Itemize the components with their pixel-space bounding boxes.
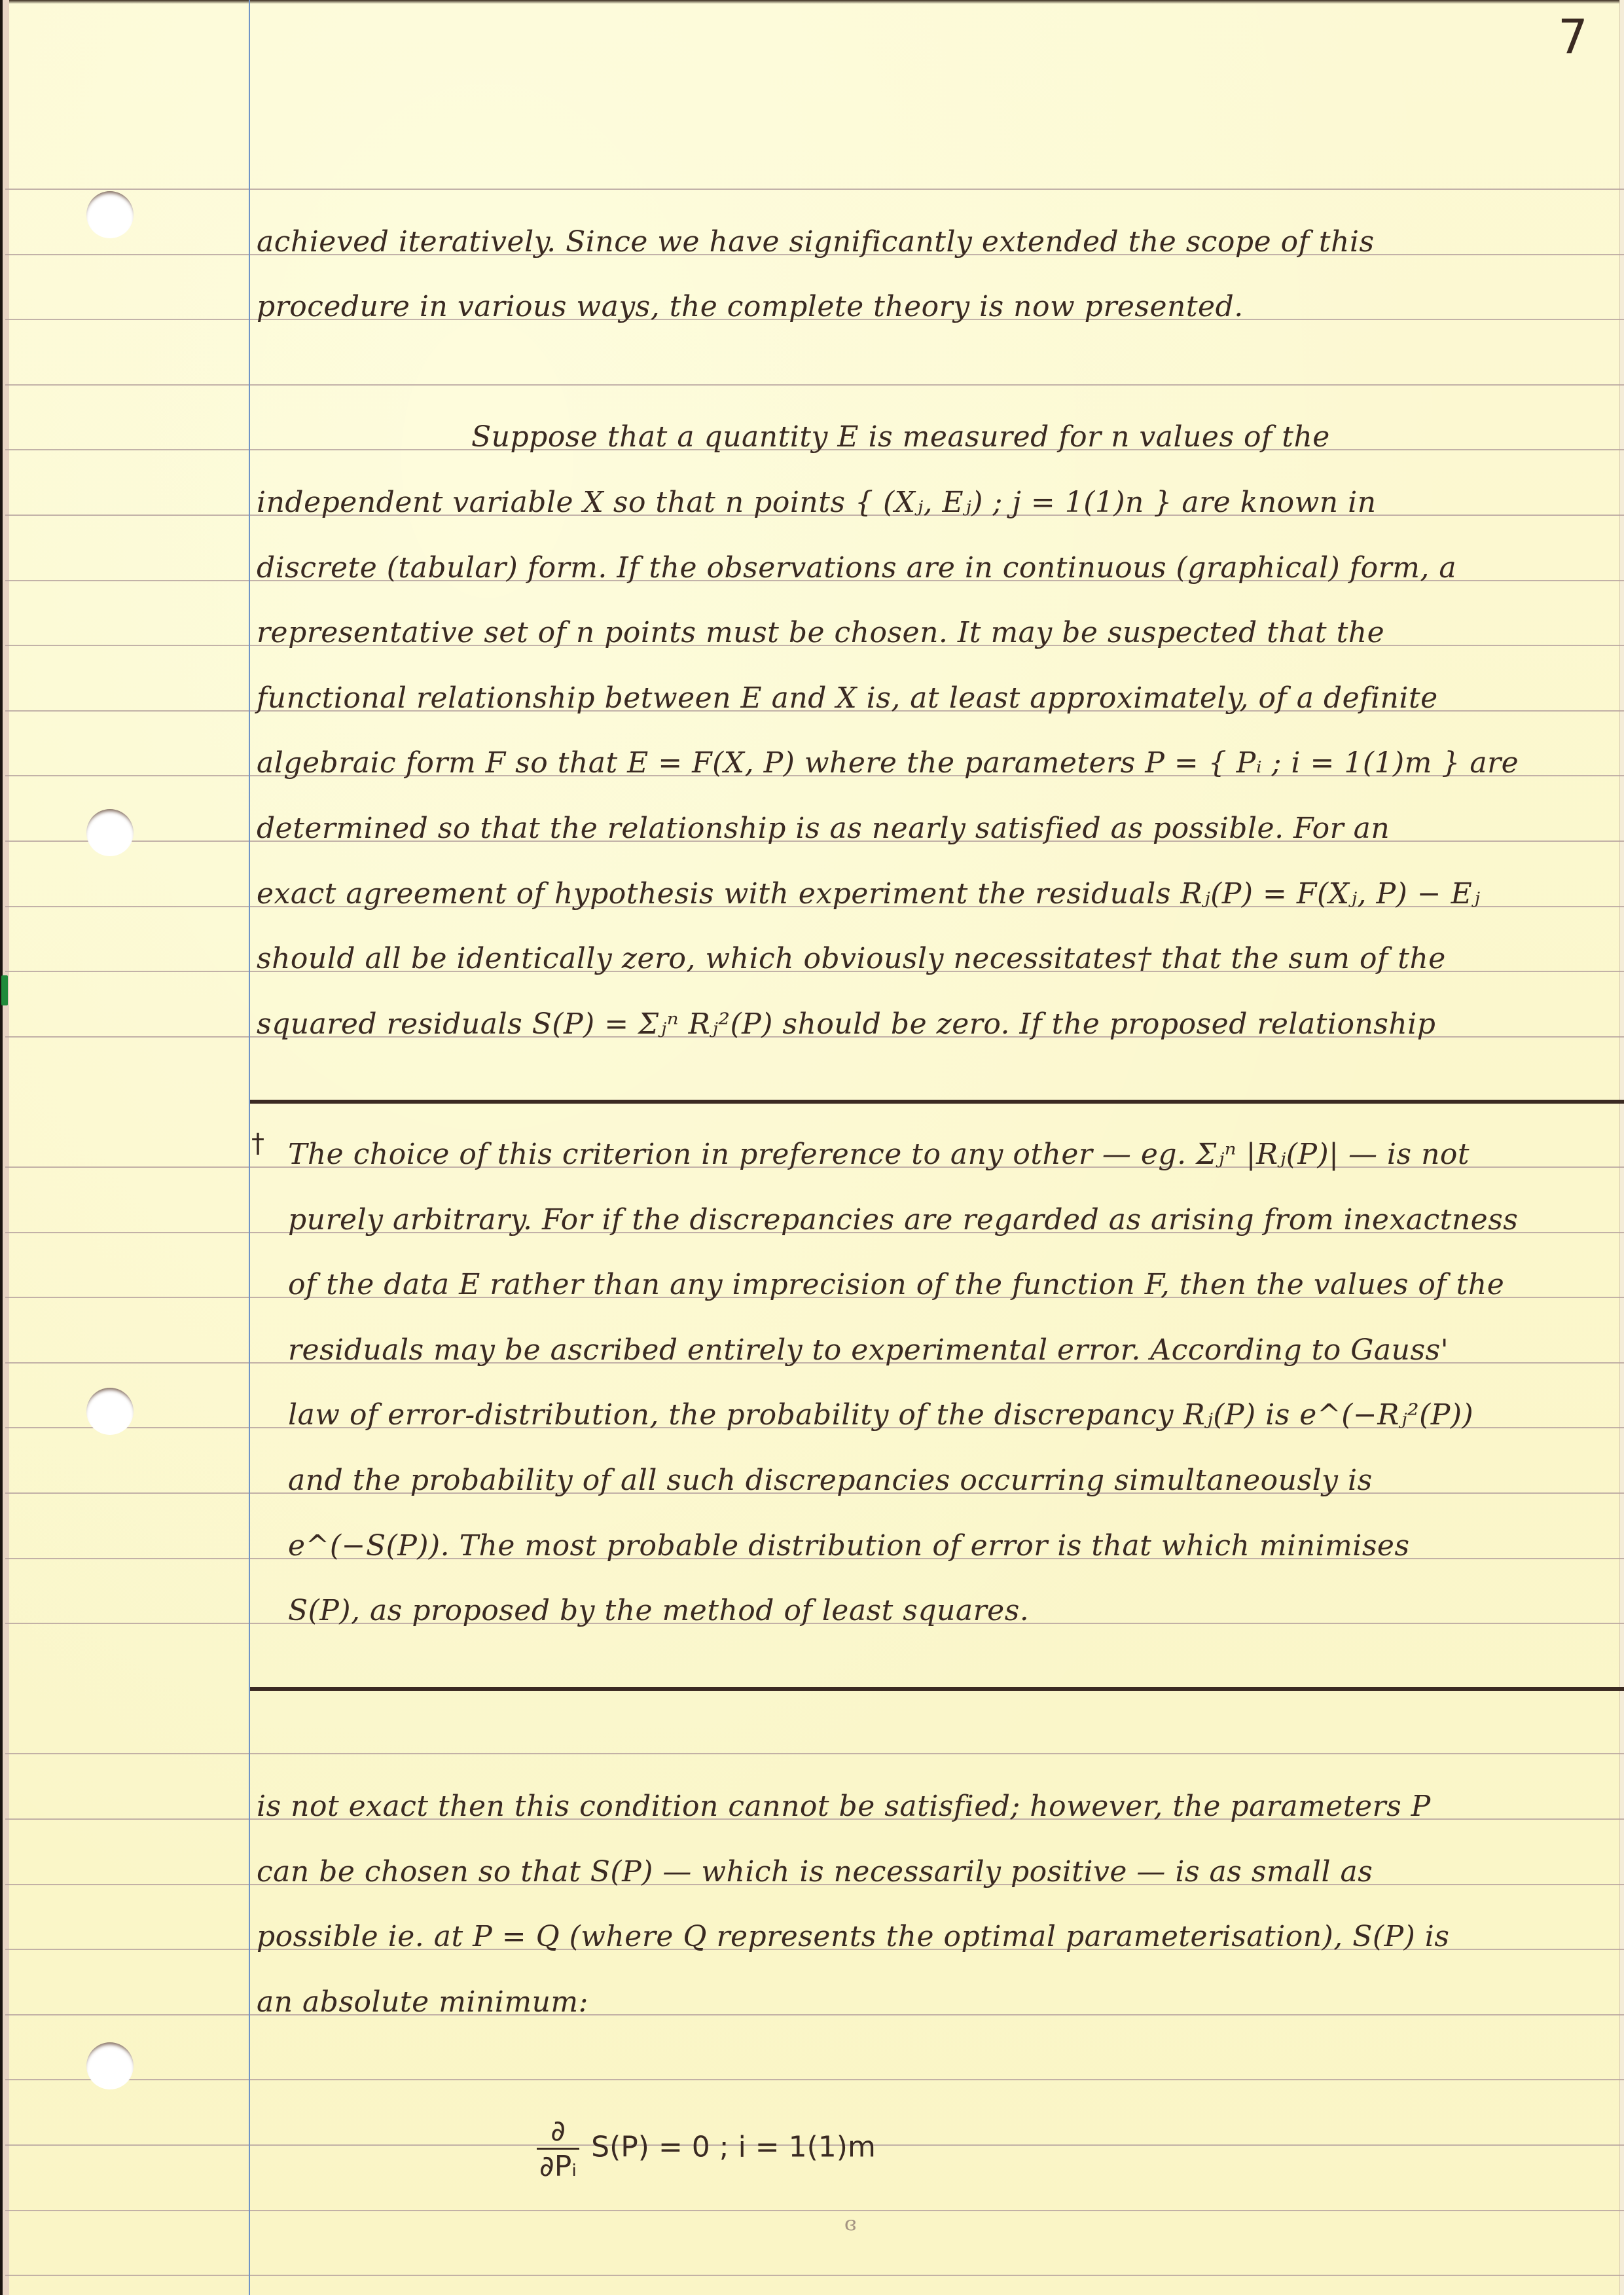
handwritten-line: representative set of n points must be c… bbox=[257, 619, 1384, 647]
ruled-line bbox=[5, 2210, 1624, 2211]
handwritten-line: functional relationship between E and X … bbox=[257, 684, 1438, 713]
handwritten-line: residuals may be ascribed entirely to ex… bbox=[288, 1336, 1449, 1365]
partial-numerator: ∂ bbox=[537, 2114, 579, 2150]
handwritten-line: an absolute minimum: bbox=[257, 1988, 588, 2017]
equation-gradient-zero: ∂ ∂Pᵢ S(P) = 0 ; i = 1(1)m bbox=[537, 2114, 876, 2183]
handwritten-line: possible ie. at P = Q (where Q represent… bbox=[257, 1923, 1449, 1951]
ruled-line bbox=[5, 189, 1624, 190]
handwritten-line: law of error-distribution, the probabili… bbox=[288, 1401, 1473, 1430]
partial-derivative: ∂ ∂Pᵢ bbox=[537, 2114, 579, 2183]
page-left-edge bbox=[0, 0, 9, 2295]
ruled-line bbox=[5, 1753, 1624, 1754]
handwritten-line: procedure in various ways, the complete … bbox=[257, 293, 1244, 321]
equation-body: S(P) = 0 ; i = 1(1)m bbox=[591, 2131, 876, 2164]
green-marker-tab bbox=[1, 975, 8, 1005]
handwritten-line: The choice of this criterion in preferen… bbox=[288, 1140, 1470, 1169]
page-right-edge bbox=[1619, 0, 1624, 2295]
punch-hole-4 bbox=[86, 2042, 134, 2089]
handwritten-line: algebraic form F so that E = F(X, P) whe… bbox=[257, 749, 1519, 778]
notebook-page: 7 achieved iteratively. Since we have si… bbox=[0, 0, 1624, 2295]
handwritten-line: e^(−S(P)). The most probable distributio… bbox=[288, 1532, 1410, 1561]
handwritten-line: squared residuals S(P) = Σⱼⁿ Rⱼ²(P) shou… bbox=[257, 1010, 1435, 1039]
ruled-line bbox=[5, 2275, 1624, 2276]
handwritten-line: discrete (tabular) form. If the observat… bbox=[257, 554, 1456, 583]
handwritten-line: S(P), as proposed by the method of least… bbox=[288, 1597, 1029, 1625]
punch-hole-1 bbox=[86, 191, 134, 238]
punch-hole-2 bbox=[86, 809, 134, 856]
punch-hole-3 bbox=[86, 1388, 134, 1435]
handwritten-line: exact agreement of hypothesis with exper… bbox=[257, 880, 1480, 909]
footnote-separator-rule bbox=[249, 1100, 1624, 1104]
handwritten-line: is not exact then this condition cannot … bbox=[257, 1792, 1431, 1821]
margin-line bbox=[249, 0, 250, 2295]
ink-smudge: ɞ bbox=[844, 2213, 856, 2235]
page-top-edge bbox=[0, 0, 1624, 4]
handwritten-line: Suppose that a quantity E is measured fo… bbox=[471, 423, 1330, 452]
page-number: 7 bbox=[1558, 9, 1588, 64]
handwritten-line: independent variable X so that n points … bbox=[257, 488, 1377, 517]
partial-denominator: ∂Pᵢ bbox=[537, 2150, 579, 2183]
handwritten-line: and the probability of all such discrepa… bbox=[288, 1466, 1373, 1495]
footnote-dagger: † bbox=[251, 1129, 264, 1159]
handwritten-line: purely arbitrary. For if the discrepanci… bbox=[288, 1206, 1518, 1235]
handwritten-line: achieved iteratively. Since we have sign… bbox=[257, 228, 1375, 257]
handwritten-line: determined so that the relationship is a… bbox=[257, 814, 1390, 843]
footnote-separator-rule bbox=[249, 1687, 1624, 1691]
handwritten-line: should all be identically zero, which ob… bbox=[257, 945, 1446, 973]
ruled-line bbox=[5, 2014, 1624, 2015]
ruled-line bbox=[5, 384, 1624, 386]
handwritten-line: of the data E rather than any imprecisio… bbox=[288, 1271, 1504, 1299]
ruled-line bbox=[5, 2079, 1624, 2080]
handwritten-line: can be chosen so that S(P) — which is ne… bbox=[257, 1858, 1373, 1887]
